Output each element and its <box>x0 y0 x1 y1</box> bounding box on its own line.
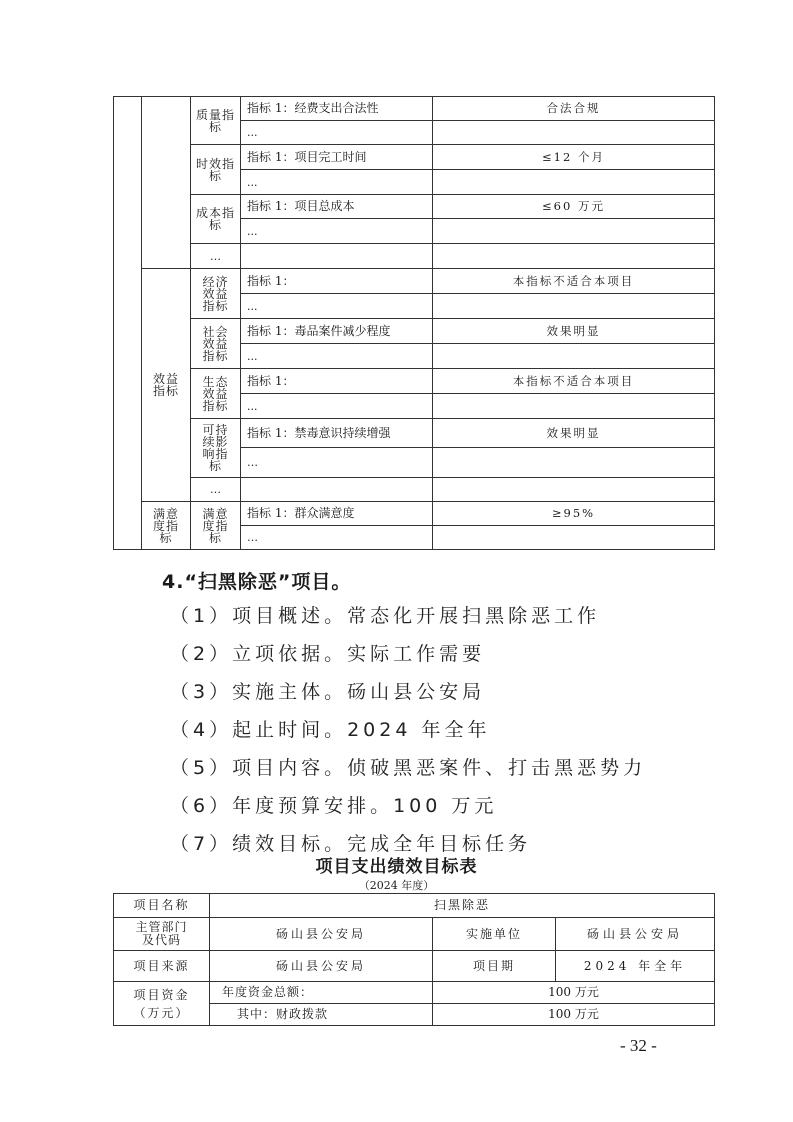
indicator-cell: 指标 1：项目总成本 <box>241 195 433 219</box>
value-cell <box>433 121 715 145</box>
section-item-content: （5）项目内容。侦破黑恶案件、打击黑恶势力 <box>170 753 646 780</box>
value-cell: ≤60 万元 <box>433 195 715 219</box>
value-cell <box>433 344 715 369</box>
value-cell <box>433 526 715 550</box>
section-item-basis: （2）立项依据。实际工作需要 <box>170 639 485 666</box>
value-cell <box>433 394 715 419</box>
funds-unit-text: （万元） <box>114 1004 209 1022</box>
more-cell: … <box>241 448 433 478</box>
output-group-cell <box>142 97 191 269</box>
satisfaction-group-label: 满意度指标 <box>142 502 191 550</box>
performance-indicator-table: 质量指标 指标 1：经费支出合法性 合法合规 ... 时效指标 指标 1：项目完… <box>113 96 715 550</box>
total-funds-label: 年度资金总额： <box>210 982 433 1004</box>
period-label: 项目期 <box>433 951 556 982</box>
total-funds-value: 100 万元 <box>433 982 715 1004</box>
category-label: 经济效益指标 <box>191 269 241 319</box>
more-cell: ... <box>241 219 433 244</box>
value-cell <box>433 219 715 244</box>
more-cell: ... <box>241 170 433 195</box>
category-label: 社会效益指标 <box>191 319 241 369</box>
value-cell <box>433 294 715 319</box>
fiscal-funds-value: 100 万元 <box>433 1004 715 1026</box>
more-category-cell: … <box>191 478 241 502</box>
period-value: 2024 年全年 <box>556 951 715 982</box>
source-value: 砀山县公安局 <box>210 951 433 982</box>
category-label: 时效指标 <box>191 145 241 195</box>
benefit-group-label: 效益指标 <box>142 269 191 502</box>
project-name-value: 扫黑除恶 <box>210 894 715 918</box>
project-name-label: 项目名称 <box>114 894 210 918</box>
fiscal-funds-label: 其中：财政拨款 <box>210 1004 433 1026</box>
funds-label: 项目资金 （万元） <box>114 982 210 1026</box>
value-cell: 合法合规 <box>433 97 715 121</box>
value-cell: 本指标不适合本项目 <box>433 269 715 294</box>
outer-group-cell <box>114 97 142 550</box>
value-cell <box>433 448 715 478</box>
indicator-cell <box>241 478 433 502</box>
dept-label: 主管部门及代码 <box>114 918 210 951</box>
indicator-cell: 指标 1：经费支出合法性 <box>241 97 433 121</box>
value-cell <box>433 478 715 502</box>
category-label: 可持续影响指标 <box>191 419 241 478</box>
category-label: 满意度指标 <box>191 502 241 550</box>
value-cell: 效果明显 <box>433 419 715 448</box>
more-cell: ... <box>241 294 433 319</box>
impl-label: 实施单位 <box>433 918 556 951</box>
value-cell <box>433 170 715 195</box>
indicator-cell: 指标 1： <box>241 269 433 294</box>
section-item-budget: （6）年度预算安排。100 万元 <box>170 791 497 818</box>
more-cell: … <box>241 526 433 550</box>
indicator-cell: 指标 1：禁毒意识持续增强 <box>241 419 433 448</box>
section-item-overview: （1）项目概述。常态化开展扫黑除恶工作 <box>170 601 600 628</box>
page-number: - 32 - <box>620 1036 657 1056</box>
indicator-cell: 指标 1： <box>241 369 433 394</box>
value-cell: 本指标不适合本项目 <box>433 369 715 394</box>
indicator-cell: 指标 1：群众满意度 <box>241 502 433 526</box>
indicator-cell: 指标 1：项目完工时间 <box>241 145 433 170</box>
category-label: 成本指标 <box>191 195 241 244</box>
dept-value: 砀山县公安局 <box>210 918 433 951</box>
value-cell <box>433 244 715 269</box>
indicator-cell <box>241 244 433 269</box>
impl-value: 砀山县公安局 <box>556 918 715 951</box>
value-cell: ≤12 个月 <box>433 145 715 170</box>
more-cell: ... <box>241 121 433 145</box>
project-summary-table: 项目名称 扫黑除恶 主管部门及代码 砀山县公安局 实施单位 砀山县公安局 项目来… <box>113 893 715 1026</box>
section-heading: 4.“扫黑除恶”项目。 <box>162 567 351 594</box>
table-title: 项目支出绩效目标表 <box>0 852 793 877</box>
section-item-period: （4）起止时间。2024 年全年 <box>170 715 490 742</box>
value-cell: ≥95% <box>433 502 715 526</box>
source-label: 项目来源 <box>114 951 210 982</box>
more-category-cell: … <box>191 244 241 269</box>
category-label: 生态效益指标 <box>191 369 241 419</box>
more-cell: ... <box>241 394 433 419</box>
indicator-cell: 指标 1：毒品案件减少程度 <box>241 319 433 344</box>
table-subtitle: （2024 年度） <box>0 877 793 893</box>
more-cell: ... <box>241 344 433 369</box>
value-cell: 效果明显 <box>433 319 715 344</box>
section-item-executor: （3）实施主体。砀山县公安局 <box>170 677 485 704</box>
funds-label-text: 项目资金 <box>114 986 209 1004</box>
category-label: 质量指标 <box>191 97 241 145</box>
